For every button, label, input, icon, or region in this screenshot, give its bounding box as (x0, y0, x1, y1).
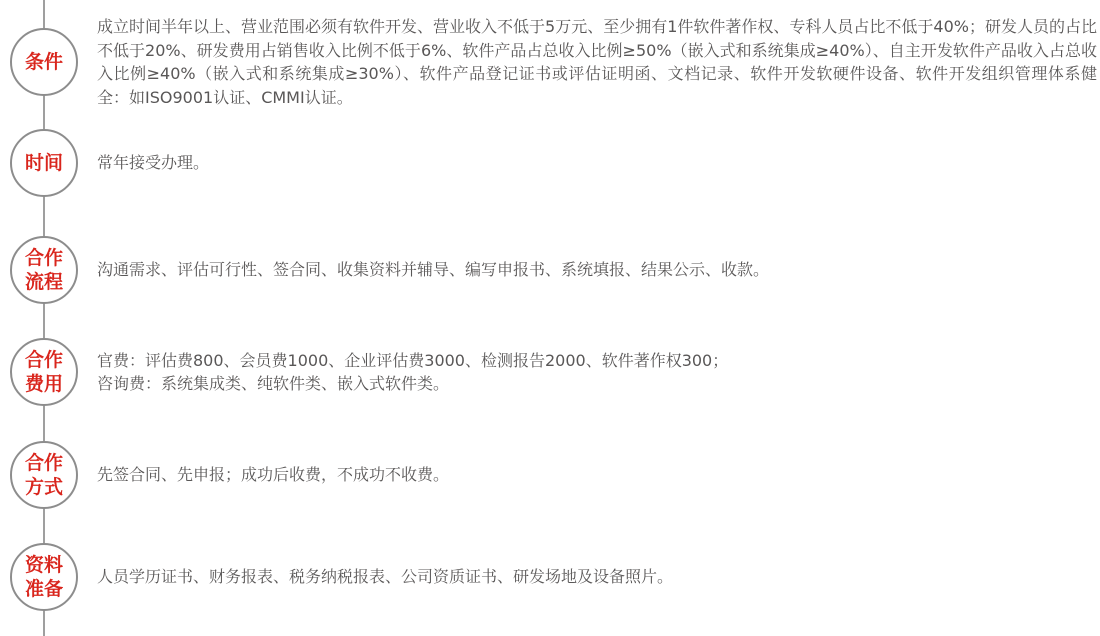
stage-badge-conditions: 条件 (10, 28, 78, 96)
section-text-materials-preparation: 人员学历证书、财务报表、税务纳税报表、公司资质证书、研发场地及设备照片。 (97, 565, 1097, 589)
badge-label: 方式 (25, 475, 63, 499)
badge-label: 时间 (25, 151, 63, 175)
badge-label: 合作 (25, 348, 63, 372)
text-line: 人员学历证书、财务报表、税务纳税报表、公司资质证书、研发场地及设备照片。 (97, 565, 1097, 589)
section-text-cooperation-method: 先签合同、先申报；成功后收费，不成功不收费。 (97, 463, 1097, 487)
text-line: 先签合同、先申报；成功后收费，不成功不收费。 (97, 463, 1097, 487)
badge-label: 合作 (25, 246, 63, 270)
text-line: 咨询费：系统集成类、纯软件类、嵌入式软件类。 (97, 372, 1097, 396)
timeline-section-conditions: 条件 成立时间半年以上、营业范围必须有软件开发、营业收入不低于5万元、至少拥有1… (0, 7, 1100, 117)
badge-label: 准备 (25, 577, 63, 601)
badge-label: 合作 (25, 451, 63, 475)
badge-label: 费用 (25, 372, 63, 396)
text-line: 官费：评估费800、会员费1000、企业评估费3000、检测报告2000、软件著… (97, 349, 1097, 373)
badge-label: 流程 (25, 270, 63, 294)
timeline-diagram: 条件 成立时间半年以上、营业范围必须有软件开发、营业收入不低于5万元、至少拥有1… (0, 0, 1100, 636)
text-line: 沟通需求、评估可行性、签合同、收集资料并辅导、编写申报书、系统填报、结果公示、收… (97, 258, 1097, 282)
badge-label: 条件 (25, 50, 63, 74)
stage-badge-time: 时间 (10, 129, 78, 197)
stage-badge-cooperation-fees: 合作 费用 (10, 338, 78, 406)
stage-badge-materials-preparation: 资料 准备 (10, 543, 78, 611)
text-line: 常年接受办理。 (97, 151, 1097, 175)
timeline-section-cooperation-process: 合作 流程 沟通需求、评估可行性、签合同、收集资料并辅导、编写申报书、系统填报、… (0, 215, 1100, 325)
stage-badge-cooperation-process: 合作 流程 (10, 236, 78, 304)
text-line: 成立时间半年以上、营业范围必须有软件开发、营业收入不低于5万元、至少拥有1件软件… (97, 15, 1097, 109)
section-text-conditions: 成立时间半年以上、营业范围必须有软件开发、营业收入不低于5万元、至少拥有1件软件… (97, 15, 1097, 109)
timeline-section-cooperation-fees: 合作 费用 官费：评估费800、会员费1000、企业评估费3000、检测报告20… (0, 317, 1100, 427)
timeline-section-materials-preparation: 资料 准备 人员学历证书、财务报表、税务纳税报表、公司资质证书、研发场地及设备照… (0, 522, 1100, 632)
section-text-cooperation-process: 沟通需求、评估可行性、签合同、收集资料并辅导、编写申报书、系统填报、结果公示、收… (97, 258, 1097, 282)
section-text-cooperation-fees: 官费：评估费800、会员费1000、企业评估费3000、检测报告2000、软件著… (97, 349, 1097, 396)
badge-label: 资料 (25, 553, 63, 577)
stage-badge-cooperation-method: 合作 方式 (10, 441, 78, 509)
timeline-section-cooperation-method: 合作 方式 先签合同、先申报；成功后收费，不成功不收费。 (0, 420, 1100, 530)
timeline-section-time: 时间 常年接受办理。 (0, 108, 1100, 218)
section-text-time: 常年接受办理。 (97, 151, 1097, 175)
